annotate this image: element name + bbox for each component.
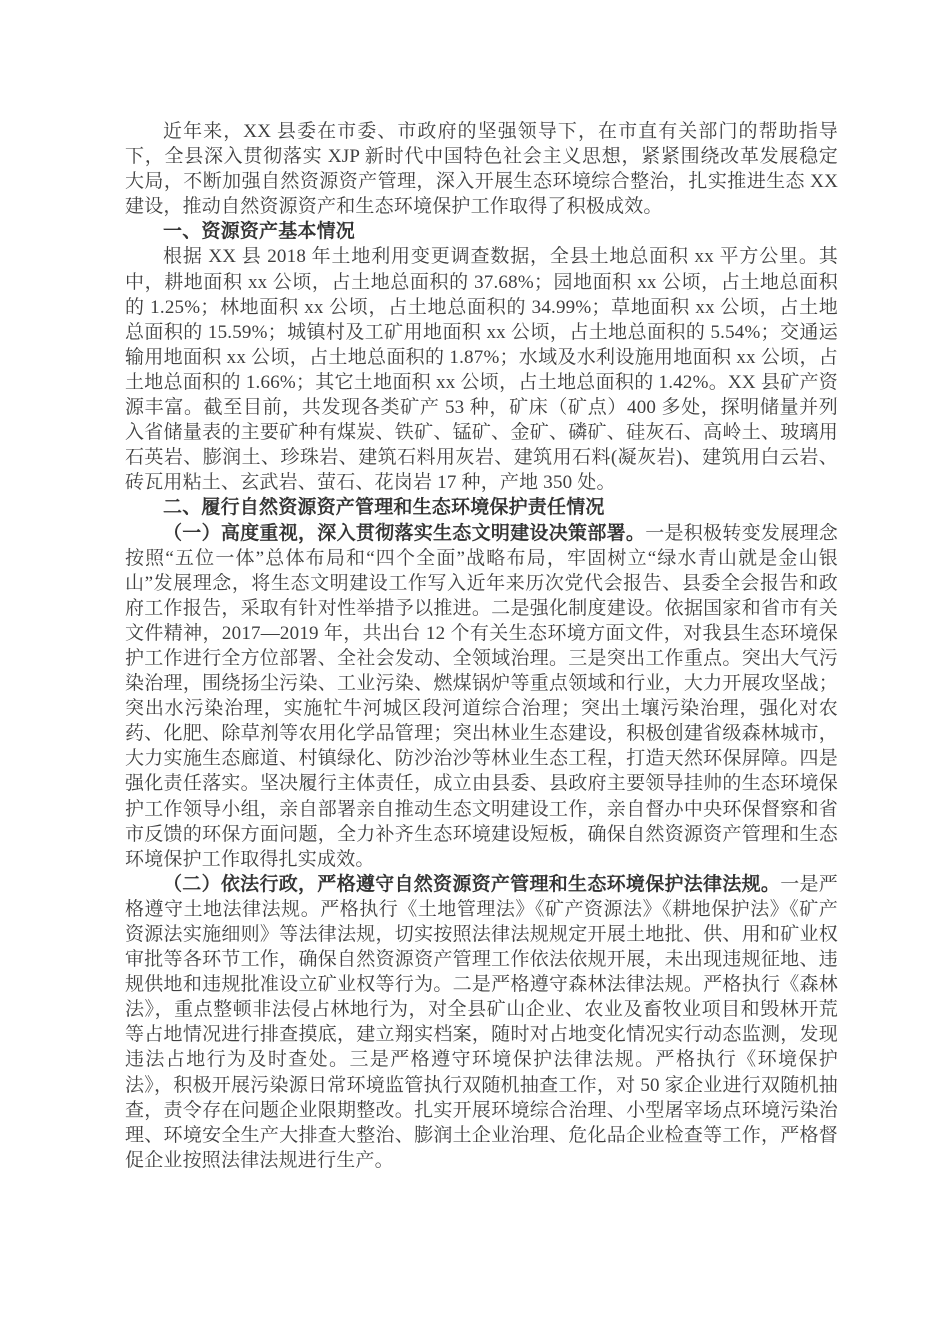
- paragraph-text-run: 一是严格遵守土地法律法规。严格执行《土地管理法》《矿产资源法》《耕地保护法》《矿…: [125, 874, 838, 1171]
- bold-lead-run: 一、资源资产基本情况: [163, 221, 355, 242]
- section-heading: 二、履行自然资源资产管理和生态环境保护责任情况: [125, 495, 838, 520]
- document-body: 近年来，XX 县委在市委、市政府的坚强领导下，在市直有关部门的帮助指导下，全县深…: [125, 119, 838, 1173]
- paragraph: （一）高度重视，深入贯彻落实生态文明建设决策部署。一是积极转变发展理念按照“五位…: [125, 521, 838, 872]
- bold-lead-run: （一）高度重视，深入贯彻落实生态文明建设决策部署。: [163, 523, 645, 544]
- document-page: 近年来，XX 县委在市委、市政府的坚强领导下，在市直有关部门的帮助指导下，全县深…: [0, 0, 950, 1344]
- paragraph: 近年来，XX 县委在市委、市政府的坚强领导下，在市直有关部门的帮助指导下，全县深…: [125, 119, 838, 219]
- bold-lead-run: （二）依法行政，严格遵守自然资源资产管理和生态环境保护法律法规。: [163, 874, 780, 895]
- section-heading: 一、资源资产基本情况: [125, 219, 838, 244]
- paragraph-text-run: 近年来，XX 县委在市委、市政府的坚强领导下，在市直有关部门的帮助指导下，全县深…: [125, 121, 838, 217]
- paragraph: （二）依法行政，严格遵守自然资源资产管理和生态环境保护法律法规。一是严格遵守土地…: [125, 872, 838, 1173]
- paragraph-text-run: 一是积极转变发展理念按照“五位一体”总体布局和“四个全面”战略布局，牢固树立“绿…: [125, 523, 838, 870]
- paragraph-text-run: 根据 XX 县 2018 年土地利用变更调查数据，全县土地总面积 xx 平方公里…: [125, 246, 838, 493]
- bold-lead-run: 二、履行自然资源资产管理和生态环境保护责任情况: [163, 497, 605, 518]
- paragraph: 根据 XX 县 2018 年土地利用变更调查数据，全县土地总面积 xx 平方公里…: [125, 244, 838, 495]
